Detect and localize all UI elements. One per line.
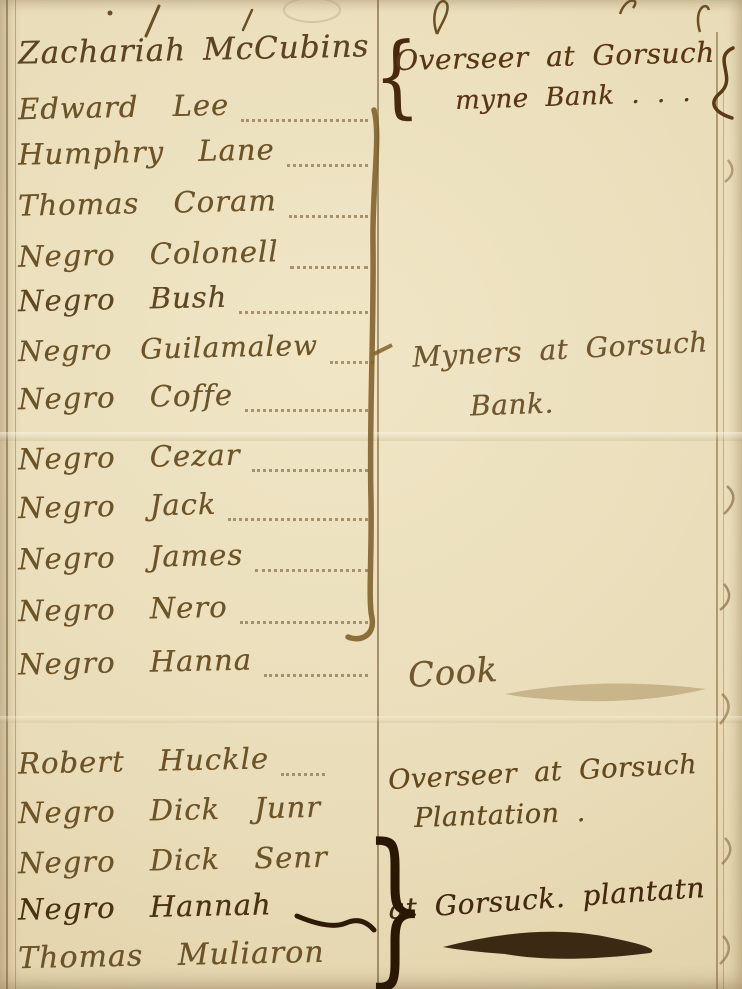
ledger-row: Negro Bush [18,282,372,322]
annotation-cook: Cook [407,650,499,696]
right-margin-rule-inner [716,32,718,989]
dotted-leader [290,265,368,269]
person-name: Negro Bush [18,280,228,318]
dotted-leader [252,468,368,472]
left-margin-rule-outer [6,0,8,989]
top-flourish [698,6,709,32]
ink-smudge [443,932,652,959]
right-edge-scrap [725,160,732,182]
ledger-row: Robert Huckle [18,744,372,784]
person-name: Negro Jack [18,487,217,525]
dotted-leader [228,517,368,521]
person-name: Edward Lee [18,88,230,126]
person-name: Negro Colonell [18,234,279,273]
ledger-row: Negro Jack [18,489,372,529]
ledger-row: Negro Dick Junr [18,793,372,833]
ledger-row: Negro James [18,540,372,580]
closing-brace-icon: } [363,822,427,989]
person-name: Zachariah McCubins [18,28,370,71]
ledger-row: Negro Coffe [18,380,372,420]
person-name: Robert Huckle [18,741,270,780]
right-margin-rule-outer [723,90,724,989]
top-flourish [434,1,447,34]
dotted-leader [287,163,368,167]
person-name: Thomas Muliaron [18,935,325,976]
ledger-row: Zachariah McCubins [18,32,372,72]
ledger-row: Negro Hanna [18,645,372,685]
ledger-row: Edward Lee [18,90,372,130]
dotted-leader [281,772,325,776]
person-name: Negro Cezar [18,438,241,477]
annotation-gorsuck-plantation: at Gorsuck. plantatn [387,871,706,926]
ledger-row: Negro Cezar [18,440,372,480]
annotation-overseer-myne-bank-line2: myne Bank . . . [455,78,692,116]
person-name: Negro Hanna [18,643,253,682]
person-name: Negro Nero [18,590,228,628]
person-name: Negro Guilamalew [18,329,319,368]
ledger-row: Thomas Muliaron [18,938,372,978]
cook-smudge [505,684,706,702]
paper-fold-crease [0,716,742,723]
ledger-row: Negro Hannah [18,890,372,930]
ink-dot [108,11,113,16]
person-name: Thomas Coram [18,183,277,222]
person-name: Negro Coffe [18,378,234,416]
ledger-row: Humphry Lane [18,135,372,175]
annotation-overseer-myne-bank: Overseer at Gorsuch [395,36,715,77]
top-flourish [620,0,635,14]
top-flourish [243,10,252,30]
person-name: Negro Hannah [18,887,272,926]
annotation-overseer-plantation: Overseer at Gorsuch [387,749,697,796]
faint-stain [284,0,340,22]
ledger-row: Negro Nero [18,592,372,632]
dotted-leader [240,620,368,624]
ledger-row: Negro Colonell [18,237,372,277]
person-name: Negro Dick Senr [18,840,328,880]
annotation-overseer-plantation-line2: Plantation . [414,797,587,834]
right-edge-scrap [724,486,733,514]
dotted-leader [264,673,368,677]
right-edge-scrap [720,584,729,610]
person-name: Humphry Lane [18,132,275,171]
person-name: Negro James [18,538,244,577]
dotted-leader [289,214,368,218]
annotation-myners-line2: Bank. [469,387,554,423]
person-name: Negro Dick Junr [18,790,322,830]
dotted-leader [245,408,368,412]
dotted-leader [255,568,368,572]
right-edge-scrap [720,936,729,964]
left-margin-rule-inner [15,0,16,989]
ledger-row: Negro Guilamalew [18,332,372,372]
manuscript-page: Zachariah McCubins Edward Lee Humphry La… [0,0,742,989]
dotted-leader [239,310,368,314]
ledger-row: Negro Dick Senr [18,843,372,883]
dotted-leader [330,360,374,364]
ledger-row: Thomas Coram [18,186,372,226]
dotted-leader [241,118,368,122]
annotation-myners: Myners at Gorsuch [411,325,708,373]
